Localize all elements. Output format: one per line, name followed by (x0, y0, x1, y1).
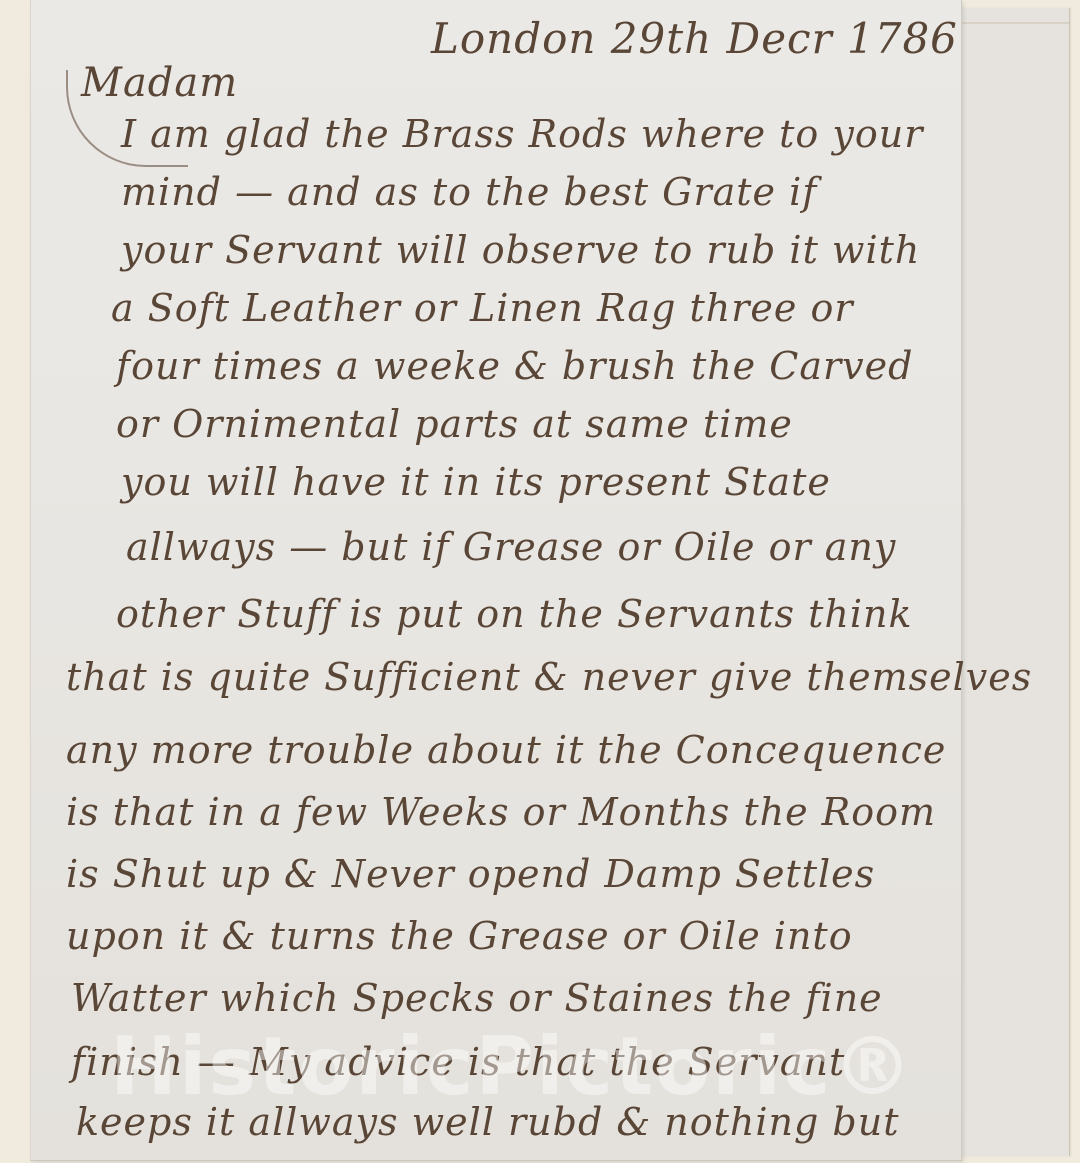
letter-page: London 29th Decr 1786 Madam I am glad th… (30, 0, 962, 1161)
letter-line: or Ornimental parts at same time (116, 402, 793, 446)
letter-line: you will have it in its present State (121, 460, 831, 504)
letter-line: your Servant will observe to rub it with (121, 228, 920, 272)
letter-line: mind — and as to the best Grate if (121, 170, 817, 214)
letter-line: allways — but if Grease or Oile or any (126, 525, 896, 569)
letter-line: any more trouble about it the Concequenc… (66, 728, 946, 772)
letter-line: I am glad the Brass Rods where to your (121, 112, 923, 156)
letter-line: is that in a few Weeks or Months the Roo… (66, 790, 936, 834)
letter-line: other Stuff is put on the Servants think (116, 592, 913, 636)
letter-line: upon it & turns the Grease or Oile into (66, 914, 853, 958)
dateline: London 29th Decr 1786 (431, 14, 958, 63)
letter-line: four times a weeke & brush the Carved (116, 344, 913, 388)
letter-line: a Soft Leather or Linen Rag three or (111, 286, 854, 330)
letter-line: Watter which Specks or Staines the fine (71, 976, 883, 1020)
letter-line: that is quite Sufficient & never give th… (66, 655, 1032, 699)
watermark: HistoricPictoric® (110, 1020, 914, 1113)
letter-line: is Shut up & Never opend Damp Settles (66, 852, 875, 896)
